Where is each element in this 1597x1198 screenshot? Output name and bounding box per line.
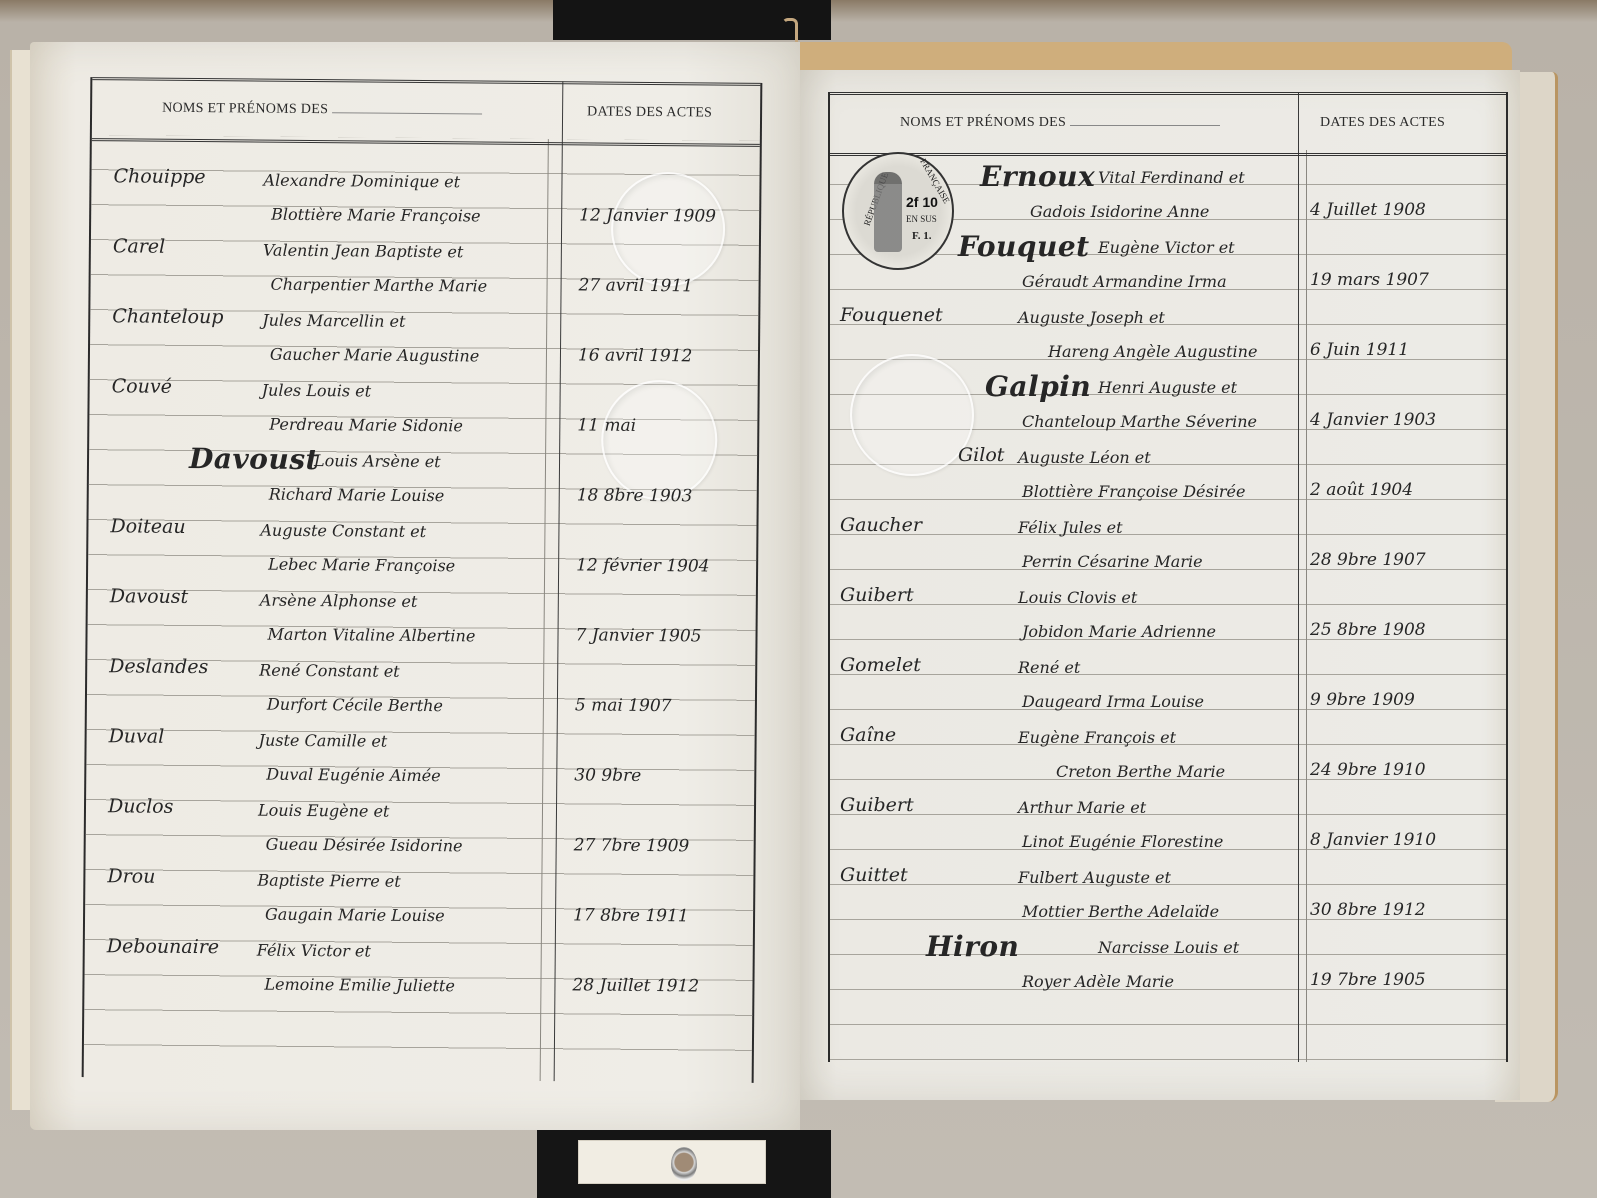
surname: Fouquet	[958, 230, 1090, 263]
given-names: Jules Marcellin et	[262, 311, 405, 331]
act-date: 4 Janvier 1903	[1310, 410, 1436, 430]
spouse-name: Hareng Angèle Augustine	[1048, 342, 1257, 361]
header-dates: DATES DES ACTES	[587, 104, 712, 121]
given-names: Auguste Léon et	[1018, 448, 1151, 467]
table-row: DuclosLouis Eugène etGueau Désirée Isido…	[86, 791, 755, 867]
spouse-name: Gadois Isidorine Anne	[1030, 202, 1209, 221]
act-date: 4 Juillet 1908	[1310, 200, 1426, 220]
act-date: 5 mai 1907	[575, 695, 672, 716]
surname: Galpin	[985, 370, 1091, 403]
spouse-name: Lebec Marie Françoise	[268, 555, 455, 576]
given-names: Valentin Jean Baptiste et	[263, 241, 464, 262]
act-date: 19 7bre 1905	[1310, 970, 1426, 990]
given-names: Narcisse Louis et	[1098, 938, 1239, 957]
act-date: 8 Janvier 1910	[1310, 830, 1436, 850]
given-names: Juste Camille et	[259, 731, 388, 751]
surname: Hiron	[926, 930, 1019, 963]
surname: Duval	[109, 725, 165, 747]
table-row: GuibertArthur Marie etLinot Eugénie Flor…	[830, 790, 1506, 860]
spouse-name: Charpentier Marthe Marie	[270, 275, 487, 296]
act-date: 2 août 1904	[1310, 480, 1413, 500]
surname: Deslandes	[109, 655, 208, 678]
given-names: René Constant et	[259, 661, 400, 681]
spouse-name: Creton Berthe Marie	[1056, 762, 1225, 781]
table-row: GaucherFélix Jules etPerrin Césarine Mar…	[830, 510, 1506, 580]
table-header: NOMS ET PRÉNOMS DES DATES DES ACTES	[830, 92, 1506, 156]
table-header: NOMS ET PRÉNOMS DES DATES DES ACTES	[92, 77, 761, 147]
table-row: FouquetEugène Victor etGéraudt Armandine…	[830, 230, 1506, 300]
spouse-name: Chanteloup Marthe Séverine	[1022, 412, 1257, 431]
table-row: CouvéJules Louis etPerdreau Marie Sidoni…	[89, 371, 758, 447]
table-row: ChanteloupJules Marcellin etGaucher Mari…	[90, 301, 759, 377]
table-row: HironNarcisse Louis etRoyer Adèle Marie1…	[830, 930, 1506, 1000]
spouse-name: Lemoine Emilie Juliette	[264, 975, 455, 996]
table-row: GalpinHenri Auguste etChanteloup Marthe …	[830, 370, 1506, 440]
spouse-name: Blottière Marie Françoise	[271, 205, 481, 226]
surname: Couvé	[112, 375, 172, 398]
table-row: DoiteauAuguste Constant etLebec Marie Fr…	[88, 511, 757, 587]
spouse-name: Marton Vitaline Albertine	[267, 625, 475, 646]
surname: Debounaire	[107, 935, 219, 958]
left-register-table: NOMS ET PRÉNOMS DES DATES DES ACTES Chou…	[82, 77, 763, 1083]
surname: Davoust	[189, 442, 319, 476]
spouse-name: Gaucher Marie Augustine	[270, 345, 479, 366]
right-cover-edge	[798, 42, 1512, 72]
act-date: 11 mai	[577, 415, 636, 436]
surname: Guittet	[840, 864, 908, 886]
spouse-name: Duval Eugénie Aimée	[266, 765, 441, 786]
right-page: NOMS ET PRÉNOMS DES DATES DES ACTES RÉPU…	[800, 70, 1520, 1100]
spouse-name: Gaugain Marie Louise	[265, 905, 445, 926]
spouse-name: Daugeard Irma Louise	[1022, 692, 1204, 711]
act-date: 9 9bre 1909	[1310, 690, 1415, 710]
surname: Gaucher	[840, 514, 922, 536]
surname: Doiteau	[110, 515, 185, 538]
binding-strap-bottom	[537, 1130, 831, 1198]
given-names: Félix Jules et	[1018, 518, 1123, 537]
act-date: 18 8bre 1903	[577, 485, 693, 506]
header-dates: DATES DES ACTES	[1320, 115, 1445, 131]
given-names: Auguste Constant et	[260, 521, 426, 541]
spouse-name: Richard Marie Louise	[269, 485, 445, 506]
table-row: GuibertLouis Clovis etJobidon Marie Adri…	[830, 580, 1506, 650]
header-names: NOMS ET PRÉNOMS DES	[900, 115, 1220, 131]
table-row: DuvalJuste Camille etDuval Eugénie Aimée…	[86, 721, 755, 797]
act-date: 28 Juillet 1912	[572, 975, 699, 996]
table-row: ErnouxVital Ferdinand etGadois Isidorine…	[830, 160, 1506, 230]
surname: Guibert	[840, 794, 914, 816]
table-row: DeslandesRené Constant etDurfort Cécile …	[87, 651, 756, 727]
surname: Carel	[113, 235, 165, 257]
given-names: Félix Victor et	[257, 941, 371, 961]
act-date: 17 8bre 1911	[573, 905, 689, 926]
given-names: Henri Auguste et	[1098, 378, 1237, 397]
given-names: Jules Louis et	[262, 381, 372, 401]
act-date: 6 Juin 1911	[1310, 340, 1409, 360]
given-names: Baptiste Pierre et	[257, 871, 401, 891]
act-date: 12 février 1904	[576, 555, 710, 576]
table-row: GaîneEugène François etCreton Berthe Mar…	[830, 720, 1506, 790]
surname: Drou	[107, 865, 155, 887]
surname: Davoust	[110, 585, 189, 608]
act-date: 30 8bre 1912	[1310, 900, 1426, 920]
act-date: 30 9bre	[574, 765, 641, 786]
surname: Gilot	[958, 444, 1004, 466]
table-row: DavoustArsène Alphonse etMarton Vitaline…	[87, 581, 756, 657]
given-names: Louis Clovis et	[1018, 588, 1137, 607]
table-row: DebounaireFélix Victor etLemoine Emilie …	[84, 931, 753, 1007]
table-row: DavoustLouis Arsène etRichard Marie Loui…	[89, 441, 758, 517]
surname: Chanteloup	[112, 305, 223, 328]
spouse-name: Géraudt Armandine Irma	[1022, 272, 1227, 291]
given-names: Fulbert Auguste et	[1018, 868, 1171, 887]
table-row: GomeletRené etDaugeard Irma Louise9 9bre…	[830, 650, 1506, 720]
act-date: 7 Janvier 1905	[575, 625, 701, 646]
given-names: Alexandre Dominique et	[263, 171, 460, 192]
surname: Gaîne	[840, 724, 896, 746]
table-row: FouquenetAuguste Joseph etHareng Angèle …	[830, 300, 1506, 370]
given-names: Louis Arsène et	[314, 451, 441, 471]
rivet-icon	[671, 1147, 697, 1181]
spouse-name: Perdreau Marie Sidonie	[269, 415, 463, 436]
spouse-name: Mottier Berthe Adelaïde	[1022, 902, 1219, 921]
surname: Duclos	[108, 795, 174, 818]
clasp	[578, 1140, 766, 1184]
act-date: 28 9bre 1907	[1310, 550, 1426, 570]
surname: Gomelet	[840, 654, 921, 676]
surname: Chouippe	[113, 165, 205, 188]
table-row: CarelValentin Jean Baptiste etCharpentie…	[90, 231, 759, 307]
header-names: NOMS ET PRÉNOMS DES	[162, 101, 482, 120]
table-row: GilotAuguste Léon etBlottière Françoise …	[830, 440, 1506, 510]
spouse-name: Linot Eugénie Florestine	[1022, 832, 1223, 851]
table-row: GuittetFulbert Auguste etMottier Berthe …	[830, 860, 1506, 930]
spouse-name: Durfort Cécile Berthe	[267, 695, 443, 716]
act-date: 19 mars 1907	[1310, 270, 1429, 290]
given-names: René et	[1018, 658, 1080, 677]
act-date: 27 7bre 1909	[574, 835, 690, 856]
spouse-name: Gueau Désirée Isidorine	[266, 835, 463, 856]
left-page: NOMS ET PRÉNOMS DES DATES DES ACTES Chou…	[30, 42, 800, 1130]
given-names: Auguste Joseph et	[1018, 308, 1165, 327]
given-names: Vital Ferdinand et	[1098, 168, 1245, 187]
surname: Guibert	[840, 584, 914, 606]
act-date: 24 9bre 1910	[1310, 760, 1426, 780]
given-names: Eugène François et	[1018, 728, 1176, 747]
right-register-table: NOMS ET PRÉNOMS DES DATES DES ACTES RÉPU…	[828, 92, 1508, 1062]
act-date: 25 8bre 1908	[1310, 620, 1426, 640]
table-row: DrouBaptiste Pierre etGaugain Marie Loui…	[85, 861, 754, 937]
spouse-name: Jobidon Marie Adrienne	[1022, 622, 1216, 641]
given-names: Arthur Marie et	[1018, 798, 1146, 817]
given-names: Eugène Victor et	[1098, 238, 1235, 257]
given-names: Arsène Alphonse et	[260, 591, 418, 611]
spouse-name: Perrin Césarine Marie	[1022, 552, 1203, 571]
act-date: 27 avril 1911	[578, 275, 693, 296]
spouse-name: Blottière Françoise Désirée	[1022, 482, 1245, 501]
spouse-name: Royer Adèle Marie	[1022, 972, 1174, 991]
surname: Ernoux	[980, 160, 1095, 193]
given-names: Louis Eugène et	[258, 801, 390, 821]
table-row: ChouippeAlexandre Dominique etBlottière …	[91, 161, 760, 237]
act-date: 12 Janvier 1909	[579, 205, 716, 226]
surname: Fouquenet	[840, 304, 943, 326]
act-date: 16 avril 1912	[578, 345, 693, 366]
